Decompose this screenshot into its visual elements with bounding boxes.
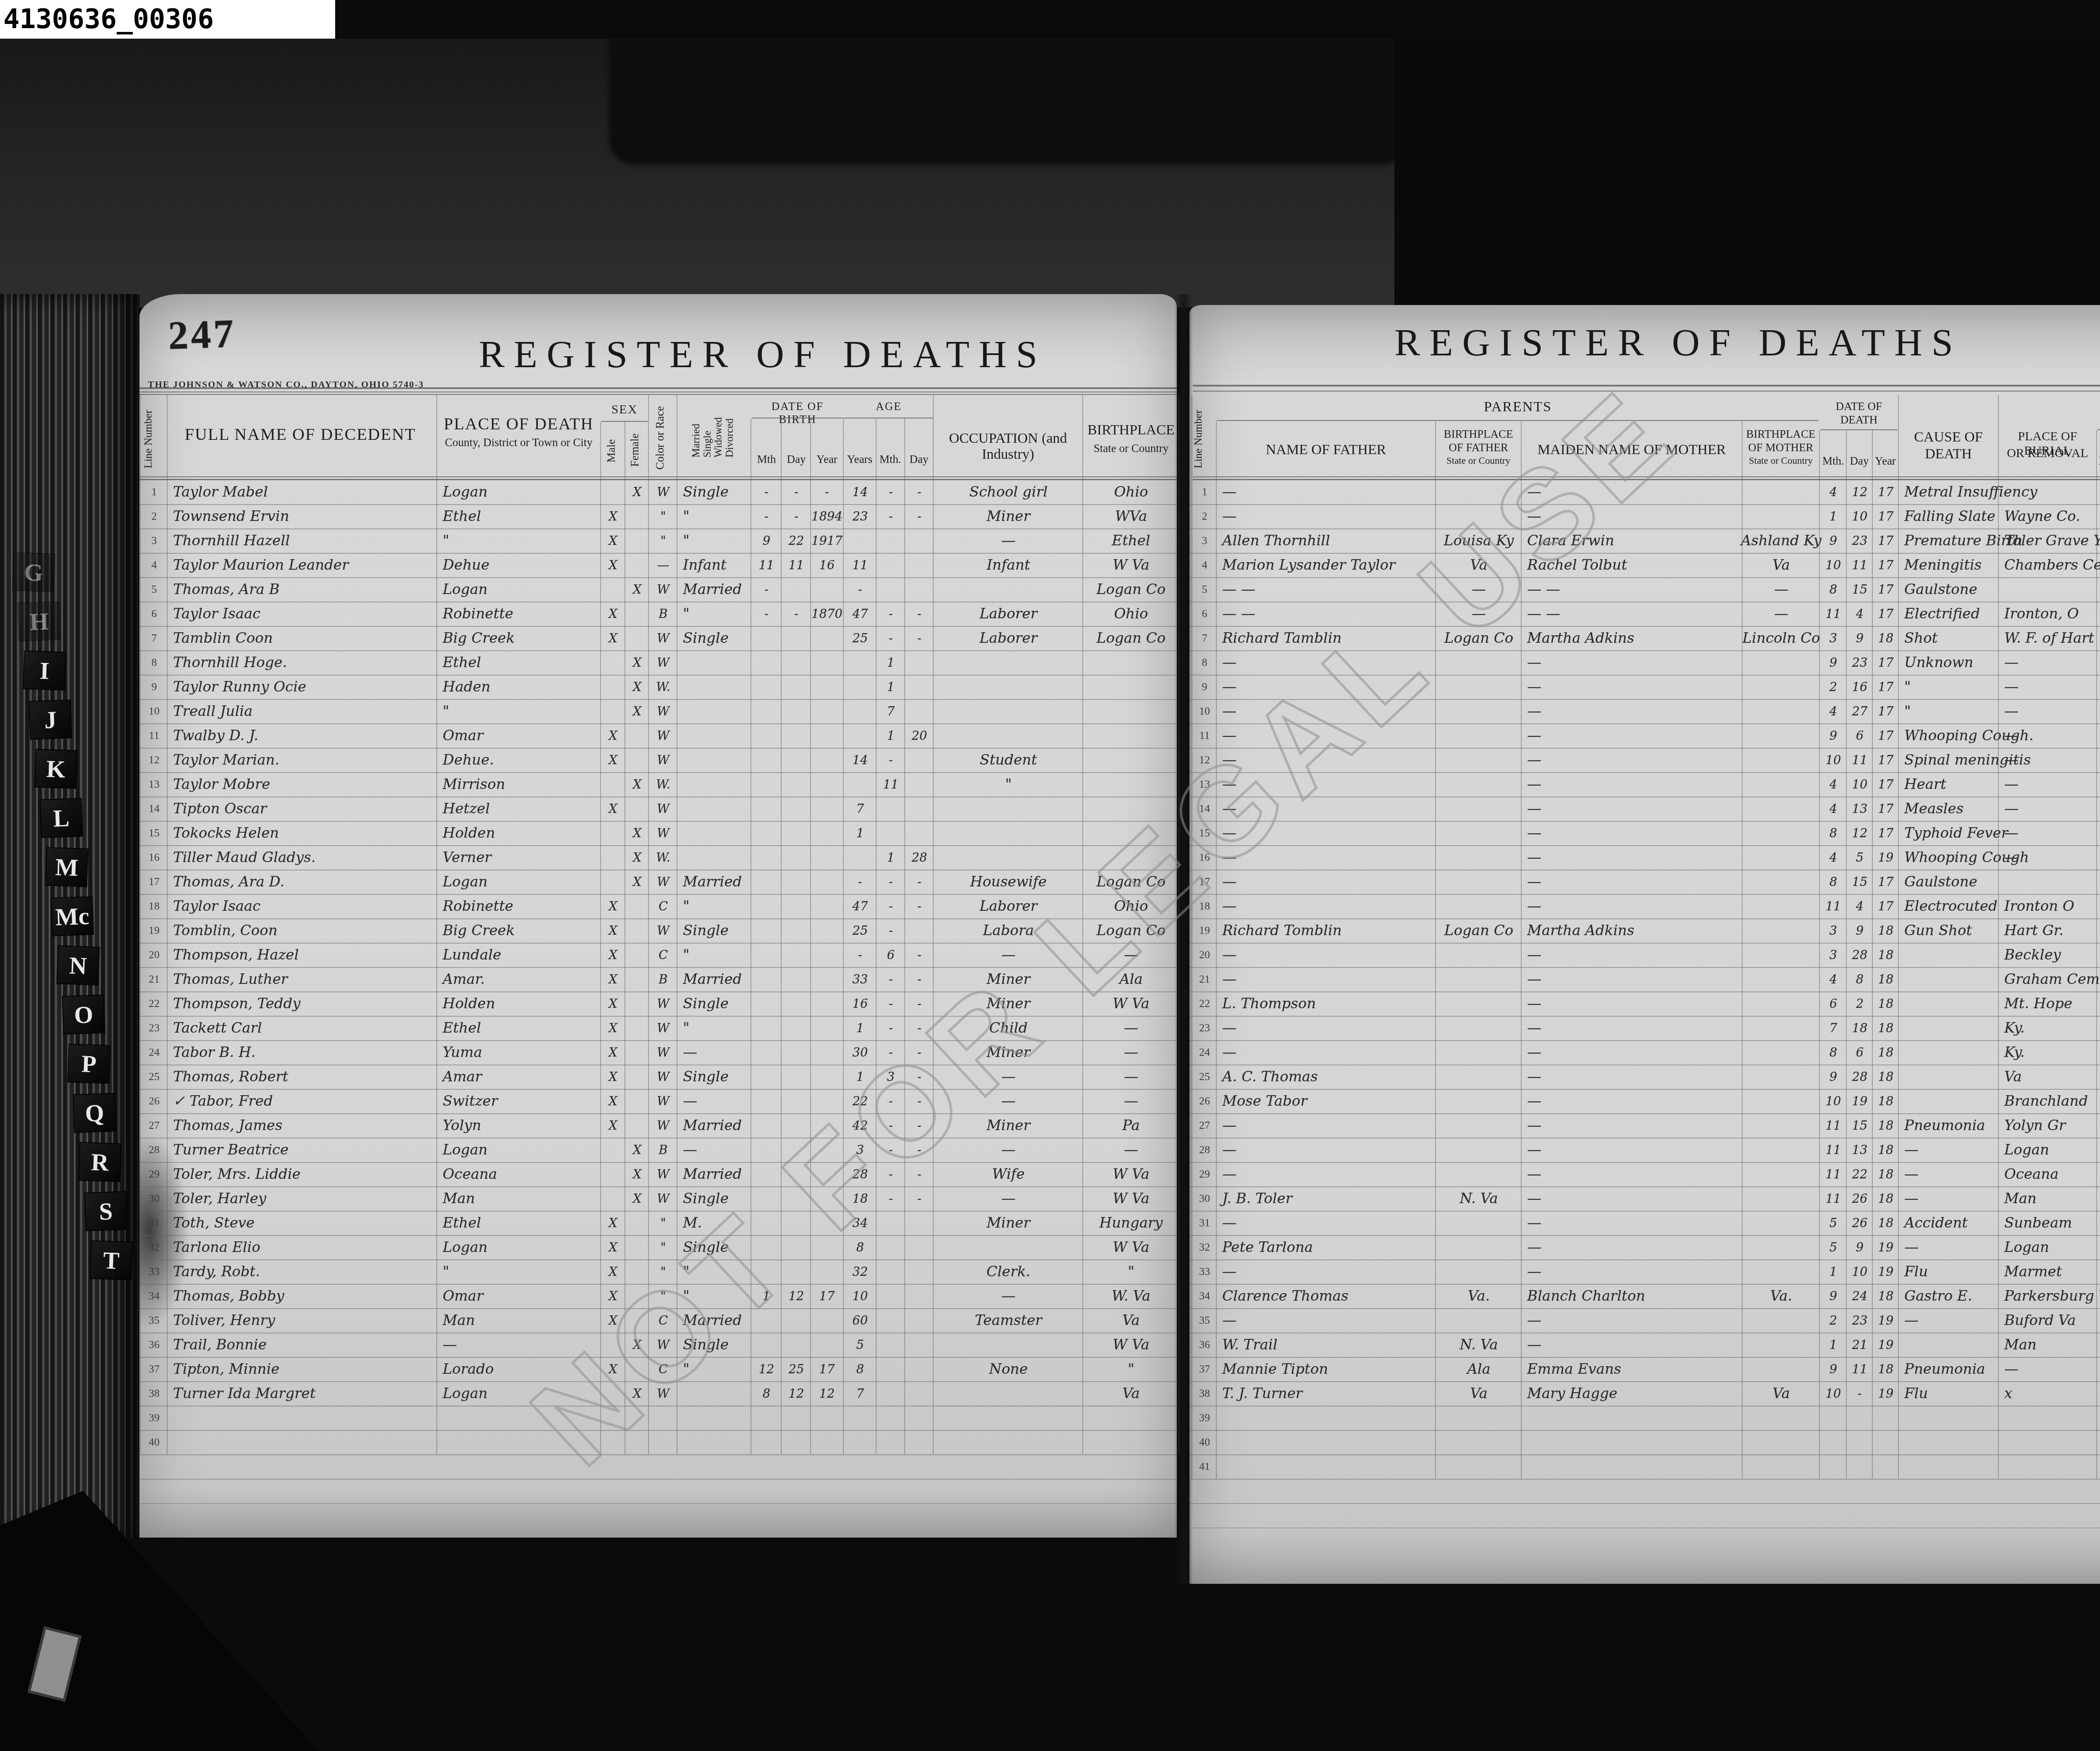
ledger-cell: Beckley	[1999, 943, 2100, 967]
ledger-cell: Va	[1999, 1065, 2100, 1089]
line-number: 4	[1193, 553, 1216, 577]
ledger-cell: 11	[2097, 1162, 2100, 1186]
ledger-cell: Yuma	[438, 1040, 606, 1065]
ledger-cell: W Va	[1084, 991, 1179, 1016]
ledger-cell: -	[877, 1040, 905, 1065]
ledger-cell: —	[1084, 1089, 1179, 1113]
ledger-cell: "	[678, 1016, 756, 1040]
ledger-cell: 8	[1820, 870, 1846, 894]
ledger-cell: Oceana	[438, 1162, 606, 1186]
ledger-cell: 9	[1847, 1235, 1872, 1259]
ledger-cell: 17	[1873, 894, 1898, 918]
ledger-cell: Teamster	[934, 1308, 1083, 1333]
ledger-row: 18Taylor IsaacRobinetteXC"47--LaborerOhi…	[139, 894, 1177, 919]
marital-word: Widowed	[713, 417, 724, 457]
line-number: 39	[1193, 1406, 1216, 1430]
ledger-cell: -	[906, 943, 933, 967]
ledger-cell: 7	[844, 1381, 876, 1406]
ledger-cell: 47	[844, 894, 876, 918]
ledger-row: 13Taylor MobreMirrisonXW.11"	[139, 772, 1177, 797]
ledger-cell: 25	[844, 626, 876, 650]
ledger-row: 5— ——— ——81517Gaulstone— —	[1189, 577, 2100, 602]
ledger-cell: 11	[1820, 1138, 1846, 1162]
ledger-cell: 7	[1820, 1016, 1846, 1040]
index-tab: L	[39, 798, 83, 838]
ledger-cell: 19	[1873, 1259, 1898, 1284]
ledger-cell: Louisa Ky	[1436, 528, 1521, 553]
ledger-cell: —	[438, 1333, 606, 1357]
ledger-cell: W Va	[1084, 1333, 1179, 1357]
line-number: 18	[141, 894, 167, 918]
ledger-cell: -	[906, 894, 933, 918]
ledger-cell: Laborer	[934, 602, 1083, 626]
ledger-cell: —	[1999, 845, 2100, 870]
ledger-cell: —	[678, 1040, 756, 1065]
index-tab: I	[23, 650, 66, 690]
left-page-number-stamp: 247	[167, 310, 237, 359]
ledger-cell: X	[626, 480, 648, 504]
ledger-cell: 4	[1820, 845, 1846, 870]
ledger-cell: 28	[844, 1162, 876, 1186]
ledger-cell: Taylor Isaac	[168, 602, 442, 626]
col-header-father-bp-2: OF FATHER	[1436, 441, 1520, 454]
ledger-cell: B	[649, 602, 677, 626]
ledger-row: 38T. J. TurnerVaMary HaggeVa10-19Flux	[1189, 1381, 2100, 1407]
ledger-cell: 17	[1873, 480, 1898, 504]
ledger-cell: Toliver, Henry	[168, 1308, 442, 1333]
ledger-row: 27Thomas, JamesYolynXWMarried42--MinerPa	[139, 1113, 1177, 1138]
line-number: 10	[141, 699, 167, 723]
rule-line	[1193, 385, 2100, 386]
ledger-cell: W	[649, 797, 677, 821]
line-number: 34	[141, 1284, 167, 1308]
ledger-cell: Married	[678, 1308, 756, 1333]
ledger-row: 11——9617Whooping Cough.—---"	[1189, 723, 2100, 749]
ledger-cell: Verner	[438, 845, 606, 870]
ledger-cell: Married	[678, 1162, 756, 1186]
ledger-cell: ✓ Tabor, Fred	[168, 1089, 442, 1113]
ledger-cell: 18	[844, 1186, 876, 1211]
col-header-dob-year: Year	[811, 453, 843, 466]
ledger-cell: -	[906, 1186, 933, 1211]
ledger-cell: Electrified	[1899, 602, 2003, 626]
ledger-cell: 12	[811, 1381, 843, 1406]
col-header-dob: DATE OF BIRTH	[752, 400, 843, 426]
grid-line	[677, 395, 677, 1454]
ledger-cell: 10	[1847, 772, 1872, 797]
line-number: 20	[141, 943, 167, 967]
ledger-cell: 1	[2097, 1333, 2100, 1357]
grid-line	[1521, 421, 1522, 1479]
ledger-cell: X	[601, 1016, 625, 1040]
index-tab: H	[18, 601, 61, 641]
ledger-cell: 18	[1873, 1186, 1898, 1211]
ledger-cell: —	[1999, 650, 2100, 675]
ledger-cell: 5	[844, 1333, 876, 1357]
ledger-row: 25Thomas, RobertAmarXWSingle13-——	[139, 1065, 1177, 1090]
col-header-cause-2: DEATH	[1899, 446, 1998, 462]
ledger-cell: Housewife	[934, 870, 1083, 894]
ledger-cell: Toler, Mrs. Liddie	[168, 1162, 442, 1186]
ledger-cell: W.	[649, 845, 677, 870]
scan-id-label: 4130636_00306	[0, 0, 335, 39]
col-header-marital: Married Single Widowed Divorced	[671, 397, 755, 477]
ledger-cell: —	[1084, 1065, 1179, 1089]
ledger-cell: Richard Tamblin	[1217, 626, 1441, 650]
ledger-row: 2Townsend ErvinEthelX""--189423--MinerWV…	[139, 504, 1177, 529]
rule-line	[139, 476, 1177, 477]
ledger-cell: Toler Grave Yd	[1999, 528, 2100, 553]
ledger-cell: Thomas, Robert	[168, 1065, 442, 1089]
ledger-row: 3Allen ThornhillLouisa KyClara ErwinAshl…	[1189, 528, 2100, 554]
ledger-cell: —	[1743, 602, 1819, 626]
ledger-cell: Thompson, Hazel	[168, 943, 442, 967]
ledger-cell: "	[678, 894, 756, 918]
line-number: 30	[1193, 1186, 1216, 1211]
col-header-burial-mth: Mth.	[2097, 455, 2100, 468]
ledger-cell: Trail, Bonnie	[168, 1333, 442, 1357]
ledger-cell: Ohio	[1084, 602, 1179, 626]
ledger-cell: Toler, Harley	[168, 1186, 442, 1211]
ledger-cell: Miner	[934, 991, 1083, 1016]
ledger-cell: —	[1899, 1186, 2003, 1211]
col-header-dod-year: Year	[1873, 455, 1898, 468]
ledger-row: 16Tiller Maud Gladys.VernerXW.128	[139, 845, 1177, 870]
ledger-cell: 19	[1873, 1235, 1898, 1259]
line-number: 11	[141, 723, 167, 748]
ledger-cell: Ky.	[1999, 1016, 2100, 1040]
ledger-cell: "	[678, 1259, 756, 1284]
ledger-cell: -	[906, 1065, 933, 1089]
ledger-cell: Miner	[934, 1113, 1083, 1138]
ledger-cell: 21	[1847, 1333, 1872, 1357]
line-number: 31	[141, 1211, 167, 1235]
ledger-row: 20——32818Beckley33018	[1189, 943, 2100, 968]
ledger-cell: Ashland Ky	[1743, 528, 1819, 553]
ledger-cell: 24	[1847, 1284, 1872, 1308]
ledger-cell: -	[906, 1113, 933, 1138]
ledger-row: 26Mose Tabor—101918Branchland---"	[1189, 1089, 2100, 1114]
ledger-cell: Lincoln Co	[1743, 626, 1819, 650]
ledger-cell: 1	[844, 1016, 876, 1040]
line-number: 1	[141, 480, 167, 504]
grid-line	[600, 422, 601, 1454]
ledger-cell: —	[934, 1138, 1083, 1162]
ledger-cell: -	[906, 991, 933, 1016]
line-number: 38	[141, 1381, 167, 1406]
ledger-cell: Electrocuted	[1899, 894, 2003, 918]
ledger-cell: -	[877, 1162, 905, 1186]
ledger-cell: Haden	[438, 675, 606, 699]
ledger-row: 33——11019FluMarmet---"	[1189, 1259, 2100, 1285]
ledger-cell: Taylor Runny Ocie	[168, 675, 442, 699]
line-number: 13	[1193, 772, 1216, 797]
ledger-cell: W	[649, 991, 677, 1016]
ledger-cell: -	[752, 504, 781, 528]
ledger-cell: 3	[2097, 943, 2100, 967]
ledger-cell: 4	[1820, 772, 1846, 797]
ledger-cell: "	[438, 699, 606, 723]
grid-line	[843, 418, 844, 1454]
ledger-row: 22L. Thompson—6218Mt. Hope6318	[1189, 991, 2100, 1017]
line-number: 29	[1193, 1162, 1216, 1186]
grid-line	[167, 395, 168, 1454]
ledger-cell: 10	[1820, 1089, 1846, 1113]
ledger-cell: —	[1522, 1162, 1747, 1186]
ledger-cell: Va	[1743, 553, 1819, 577]
ledger-cell: 11	[1847, 748, 1872, 772]
ledger-cell: -	[877, 918, 905, 943]
ledger-cell: 9	[1847, 626, 1872, 650]
line-number: 8	[141, 650, 167, 675]
ledger-cell: X	[601, 1235, 625, 1259]
ledger-cell: 17	[1873, 650, 1898, 675]
ledger-cell: -	[2097, 650, 2100, 675]
index-tab: O	[62, 994, 105, 1034]
ledger-cell: —	[1522, 1211, 1747, 1235]
ledger-cell: Unknown	[1899, 650, 2003, 675]
ledger-cell: W	[649, 821, 677, 845]
ledger-cell: 9	[1820, 723, 1846, 748]
ledger-cell: —	[1999, 748, 2100, 772]
ledger-cell: 20	[906, 723, 933, 748]
ledger-cell: -	[2097, 1089, 2100, 1113]
line-number: 36	[1193, 1333, 1216, 1357]
ledger-cell: —	[1084, 1040, 1179, 1065]
ledger-cell: 14	[844, 748, 876, 772]
ledger-cell: Va	[1436, 553, 1521, 577]
ledger-cell: Omar	[438, 723, 606, 748]
grid-line	[810, 418, 811, 1454]
ledger-cell: Tomblin, Coon	[168, 918, 442, 943]
ledger-cell: 10	[844, 1284, 876, 1308]
ledger-cell: "	[678, 504, 756, 528]
ledger-cell: Lorado	[438, 1357, 606, 1381]
line-number: 23	[1193, 1016, 1216, 1040]
ledger-cell: 11	[1820, 602, 1846, 626]
ledger-cell: 5	[2097, 1235, 2100, 1259]
line-number: 32	[141, 1235, 167, 1259]
ledger-cell: 10	[1820, 553, 1846, 577]
ledger-cell: -	[844, 577, 876, 602]
ledger-cell: Falling Slate	[1899, 504, 2003, 528]
ledger-row: 22Thompson, TeddyHoldenXWSingle16--Miner…	[139, 991, 1177, 1017]
ledger-cell: 32	[844, 1259, 876, 1284]
ledger-cell: Logan Co	[1436, 918, 1521, 943]
ledger-cell: 11	[1820, 894, 1846, 918]
ledger-cell: 10	[1820, 748, 1846, 772]
ledger-cell: Va	[1084, 1381, 1179, 1406]
line-number: 28	[1193, 1138, 1216, 1162]
ledger-cell: —	[1522, 1065, 1747, 1089]
grid-line	[1179, 395, 1179, 1454]
ledger-row: 35Toliver, HenryManXCMarried60TeamsterVa	[139, 1308, 1177, 1333]
index-tab: K	[34, 749, 77, 789]
ledger-cell: 9	[1820, 1065, 1846, 1089]
ledger-cell: 11	[877, 772, 905, 797]
ledger-cell: 5	[1820, 1211, 1846, 1235]
ledger-cell: -	[877, 1113, 905, 1138]
ledger-cell: 19	[1873, 1308, 1898, 1333]
ledger-cell: — —	[1217, 602, 1441, 626]
ledger-cell: 17	[811, 1357, 843, 1381]
ledger-cell: X	[601, 1308, 625, 1333]
col-header-mother-bp-1: BIRTHPLACE	[1743, 428, 1819, 441]
ledger-cell: X	[626, 870, 648, 894]
ledger-cell: 1	[1820, 1259, 1846, 1284]
ledger-cell: —	[1522, 1089, 1747, 1113]
line-number: 1	[1193, 480, 1216, 504]
ledger-cell: "	[649, 1235, 677, 1259]
grid-line	[2096, 430, 2097, 1479]
ledger-cell: —	[1436, 577, 1521, 602]
ledger-cell: 18	[1873, 967, 1898, 991]
ledger-cell: Holden	[438, 821, 606, 845]
ledger-cell: 18	[1873, 1065, 1898, 1089]
ledger-cell: —	[1522, 991, 1747, 1016]
ledger-cell: Spinal meningitis	[1899, 748, 2003, 772]
ledger-cell: X	[601, 553, 625, 577]
ledger-cell: X	[601, 1040, 625, 1065]
ledger-cell: -	[752, 602, 781, 626]
ledger-cell: L. Thompson	[1217, 991, 1441, 1016]
ledger-cell: W. Va	[1084, 1284, 1179, 1308]
ledger-cell: 4	[1847, 894, 1872, 918]
ledger-cell: X	[601, 1089, 625, 1113]
ledger-cell: -	[2097, 797, 2100, 821]
ledger-cell: "	[934, 772, 1083, 797]
ledger-cell: B	[649, 967, 677, 991]
ledger-cell: -	[782, 504, 811, 528]
ledger-row: 17——81517Gaulstone—	[1189, 870, 2100, 895]
ledger-cell: 17	[1873, 723, 1898, 748]
ledger-row: 20Thompson, HazelLundaleXC"-6-——	[139, 943, 1177, 968]
ledger-cell: B	[649, 1138, 677, 1162]
ledger-cell: 11	[782, 553, 811, 577]
ledger-row: 19Tomblin, CoonBig CreekXWSingle25-Labor…	[139, 918, 1177, 944]
ledger-cell: -	[2097, 1259, 2100, 1284]
ledger-cell: —	[1217, 723, 1441, 748]
ledger-row: 10Treall Julia"XW7	[139, 699, 1177, 724]
ledger-cell: Toth, Steve	[168, 1211, 442, 1235]
ledger-cell: 1	[1820, 1333, 1846, 1357]
ledger-cell: —	[1522, 675, 1747, 699]
ledger-cell: —	[1217, 845, 1441, 870]
grid-line	[781, 418, 782, 1454]
ledger-cell: 17	[1873, 797, 1898, 821]
col-header-full-name: FULL NAME OF DECEDENT	[168, 424, 433, 444]
ledger-cell: W	[649, 1381, 677, 1406]
ledger-cell: Child	[934, 1016, 1083, 1040]
ledger-cell: X	[601, 967, 625, 991]
ledger-cell: 2	[2097, 1308, 2100, 1333]
left-page-title: REGISTER OF DEATHS	[479, 332, 1047, 376]
col-header-age-years: Years	[844, 453, 875, 466]
ledger-cell: Buford Va	[1999, 1308, 2100, 1333]
ledger-cell: Thornhill Hazell	[168, 528, 442, 553]
ledger-row: 15——81217Typhoid Fever—---"	[1189, 821, 2100, 846]
ledger-cell: 13	[1847, 797, 1872, 821]
ledger-cell: -	[877, 602, 905, 626]
line-number: 41	[1193, 1454, 1216, 1479]
ledger-cell: —	[1522, 480, 1747, 504]
ledger-cell: Laborer	[934, 626, 1083, 650]
ledger-cell: 17	[1873, 675, 1898, 699]
grid-line	[436, 395, 437, 1454]
ledger-cell: —	[1217, 772, 1441, 797]
ledger-cell: —	[1217, 1211, 1441, 1235]
rule-line	[844, 418, 933, 418]
col-header-line-number-right: Line Number	[1192, 403, 1215, 475]
ledger-row: 16——4519Whooping Cough—---"	[1189, 845, 2100, 870]
ledger-cell: 42	[844, 1113, 876, 1138]
ledger-cell: Switzer	[438, 1089, 606, 1113]
index-tab: S	[84, 1191, 127, 1231]
ledger-cell: Whooping Cough	[1899, 845, 2003, 870]
ledger-cell: Infant	[934, 553, 1083, 577]
ledger-cell: 18	[1873, 1089, 1898, 1113]
line-number: 26	[1193, 1089, 1216, 1113]
rule-line	[139, 1479, 1177, 1480]
ledger-cell: Thomas, James	[168, 1113, 442, 1138]
ledger-cell: Marmet	[1999, 1259, 2100, 1284]
ledger-row: 15Tokocks HelenHoldenXW1	[139, 821, 1177, 846]
ledger-cell: 26	[1847, 1186, 1872, 1211]
ledger-cell: N. Va	[1436, 1186, 1521, 1211]
ledger-cell: X	[626, 699, 648, 723]
ledger-cell: 11	[2097, 1186, 2100, 1211]
ledger-cell: 17	[1873, 772, 1898, 797]
index-tab: Mc	[51, 896, 94, 936]
ledger-row: 14Tipton OscarHetzelXW7	[139, 797, 1177, 822]
ledger-cell: Allen Thornhill	[1217, 528, 1441, 553]
grid-line	[648, 395, 649, 1454]
ledger-cell: "	[649, 1259, 677, 1284]
ledger-cell: 4	[1820, 797, 1846, 821]
col-header-female: Female	[628, 424, 645, 476]
ledger-cell: Tiller Maud Gladys.	[168, 845, 442, 870]
ledger-cell: Thomas, Luther	[168, 967, 442, 991]
ledger-row: 23Tackett CarlEthelXW"1--Child—	[139, 1016, 1177, 1041]
ledger-cell: W	[649, 1186, 677, 1211]
ledger-cell: Pneumonia	[1899, 1113, 2003, 1138]
ledger-cell: Yolyn	[438, 1113, 606, 1138]
ledger-cell: Branchland	[1999, 1089, 2100, 1113]
col-header-mother-bp-2: OF MOTHER	[1743, 441, 1819, 454]
ledger-row: 41	[1189, 1454, 2100, 1480]
ledger-cell: 2	[1820, 1308, 1846, 1333]
ledger-cell: —	[1522, 723, 1747, 748]
ledger-cell: 1	[1820, 504, 1846, 528]
ledger-cell: X	[626, 577, 648, 602]
ledger-cell: Taylor Mobre	[168, 772, 442, 797]
ledger-row: 21——4818Graham Cem41018	[1189, 967, 2100, 992]
ledger-row: 35——22319—Buford Va22519J. G. McNeely	[1189, 1308, 2100, 1333]
ledger-cell: -	[2097, 675, 2100, 699]
ledger-cell: 11	[752, 553, 781, 577]
ledger-row: 32Tarlona ElioLoganX"Single8W Va	[139, 1235, 1177, 1260]
col-header-occupation: OCCUPATION (and Industry)	[934, 431, 1082, 463]
ledger-cell: 1	[752, 1284, 781, 1308]
ledger-row: 23——71818Ky.—	[1189, 1016, 2100, 1041]
ledger-cell: Gaulstone	[1899, 577, 2003, 602]
ledger-cell: Logan	[438, 1235, 606, 1259]
ledger-cell: 12	[1847, 480, 1872, 504]
ledger-cell: 12	[1847, 821, 1872, 845]
ledger-cell: X	[601, 1259, 625, 1284]
ledger-cell: 3	[1820, 918, 1846, 943]
ledger-cell: W	[649, 699, 677, 723]
